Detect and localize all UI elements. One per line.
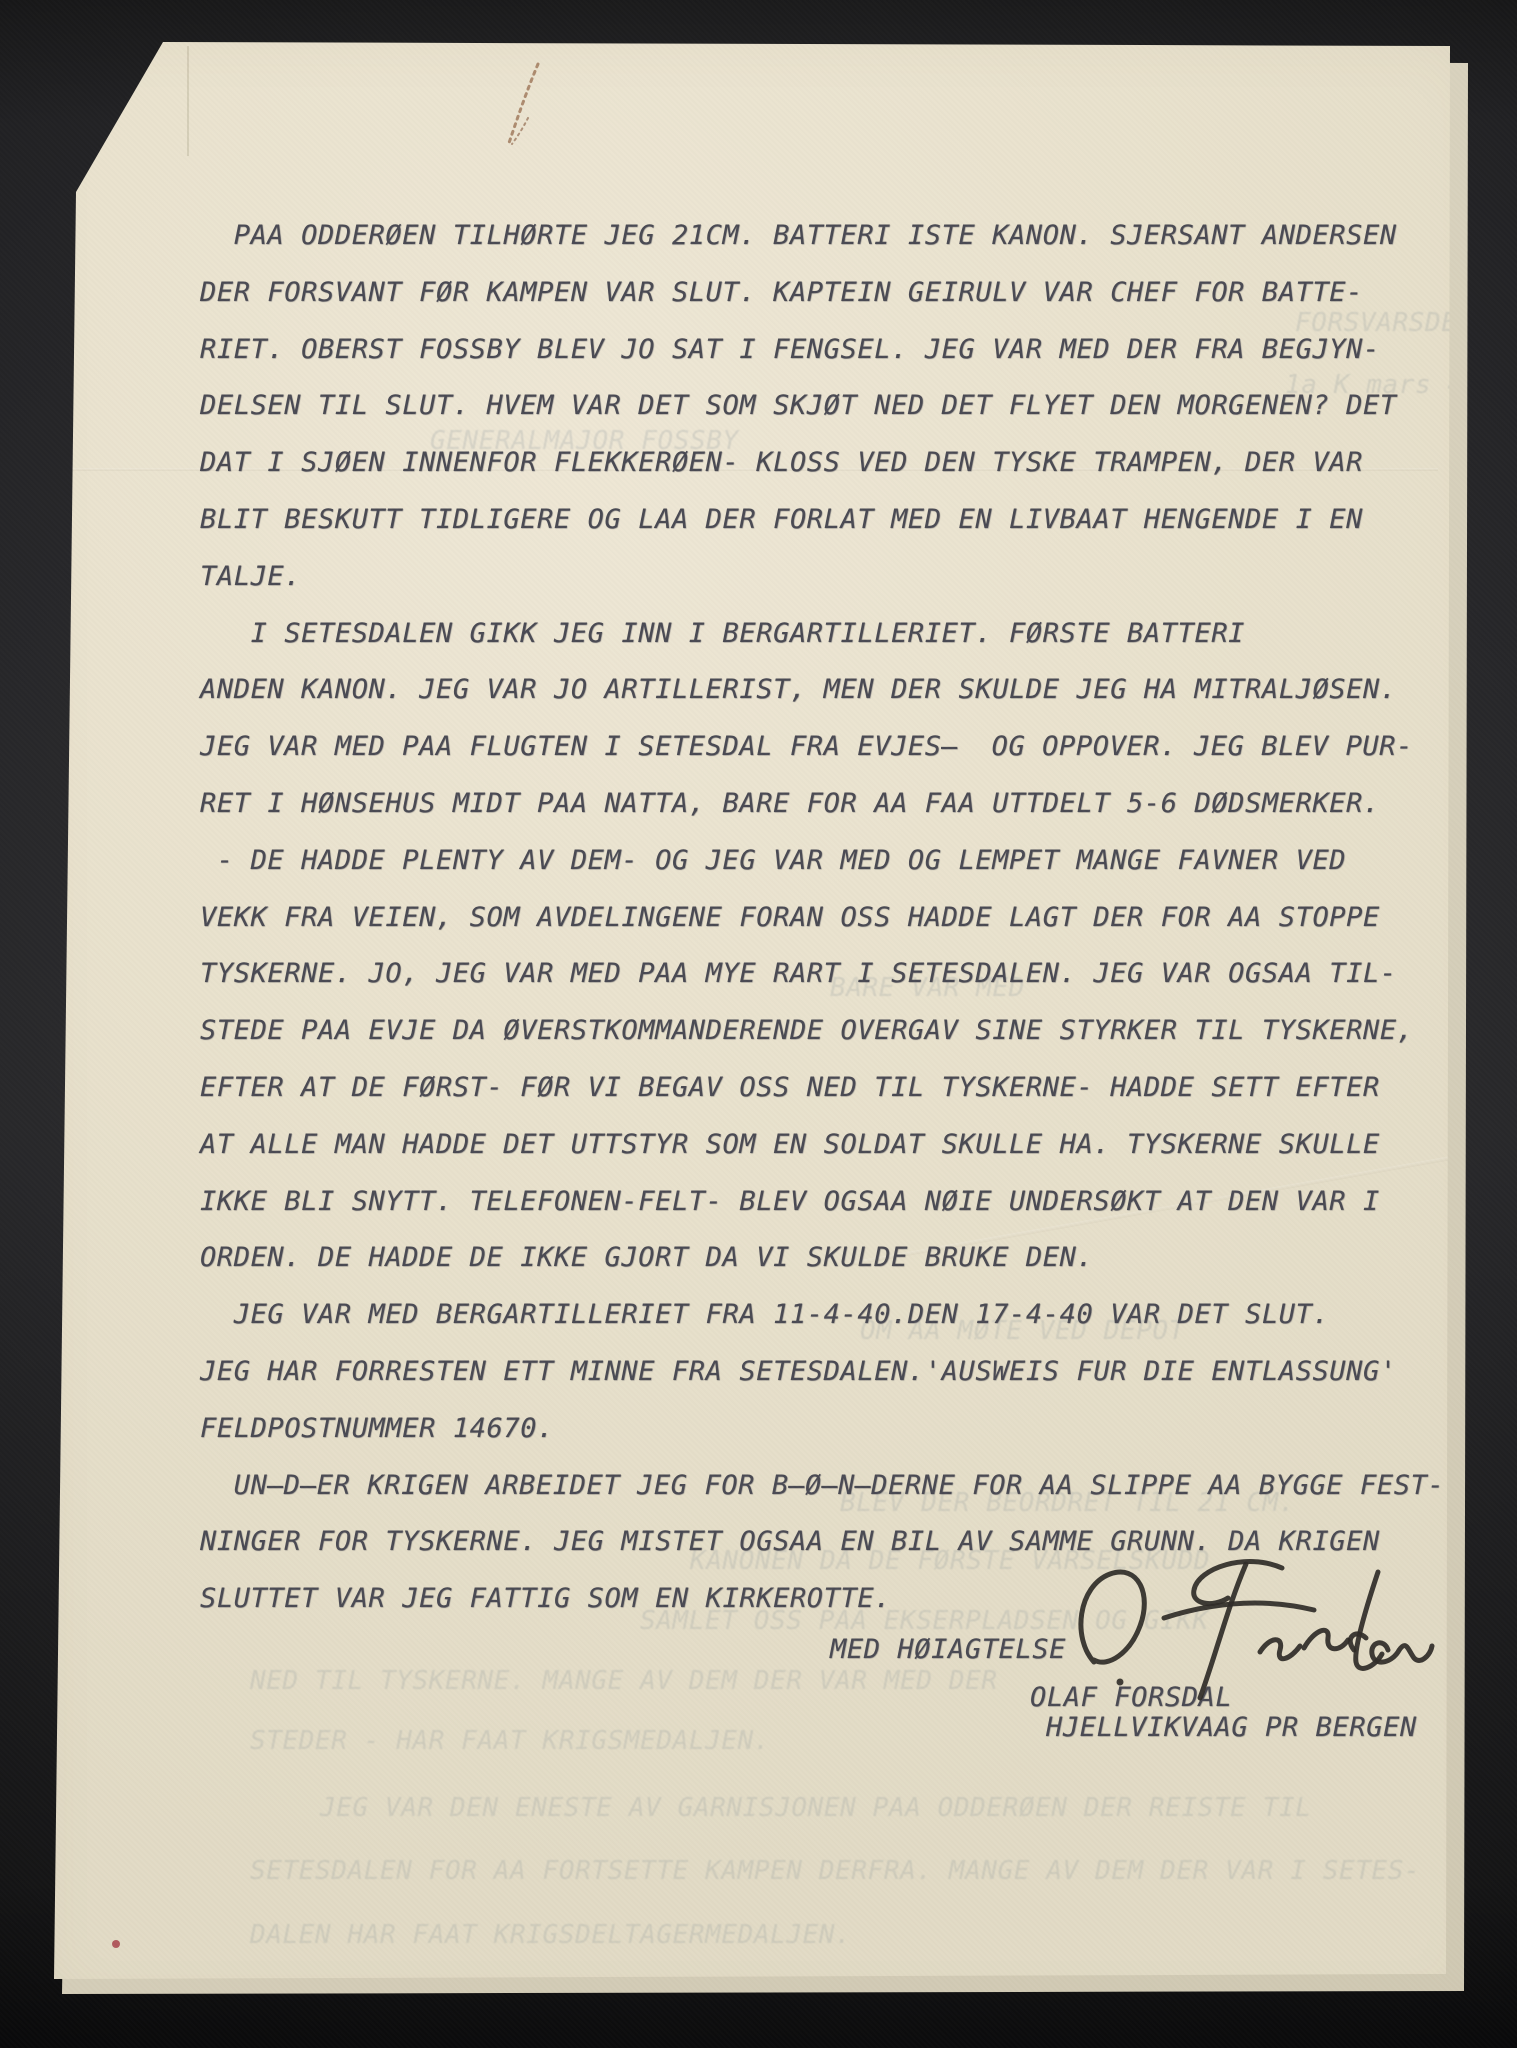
typed-line: STEDE PAA EVJE DA ØVERSTKOMMANDERENDE OV… xyxy=(200,1017,1414,1044)
typed-line: DAT I SJØEN INNENFOR FLEKKERØEN- KLOSS V… xyxy=(200,449,1363,476)
red-ink-dot xyxy=(112,1940,120,1948)
typed-line: IKKE BLI SNYTT. TELEFONEN-FELT- BLEV OGS… xyxy=(200,1188,1380,1215)
closing-salutation: MED HØIAGTELSE xyxy=(830,1636,1066,1663)
typed-line: BLIT BESKUTT TIDLIGERE OG LAA DER FORLAT… xyxy=(200,506,1363,533)
typed-line: JEG VAR MED BERGARTILLERIET FRA 11-4-40.… xyxy=(200,1301,1329,1328)
ghost-bleed-line: JEG VAR DEN ENESTE AV GARNISJONEN PAA OD… xyxy=(320,1795,1311,1821)
typed-line: ANDEN KANON. JEG VAR JO ARTILLERIST, MEN… xyxy=(200,676,1397,703)
typed-line: RIET. OBERST FOSSBY BLEV JO SAT I FENGSE… xyxy=(200,336,1380,363)
letter-paper: FORSVARSDEPETET1a K mars 40GENERALMAJOR … xyxy=(0,0,1517,2048)
typed-line: TYSKERNE. JO, JEG VAR MED PAA MYE RART I… xyxy=(200,960,1397,987)
ghost-bleed-line: DALEN HAR FAAT KRIGSDELTAGERMEDALJEN. xyxy=(250,1922,851,1948)
typed-line: DER FORSVANT FØR KAMPEN VAR SLUT. KAPTEI… xyxy=(200,279,1363,306)
typed-line: UN̶D̶ER KRIGEN ARBEIDET JEG FOR B̶Ø̶N̶DE… xyxy=(200,1472,1444,1499)
ghost-bleed-line: STEDER - HAR FAAT KRIGSMEDALJEN. xyxy=(250,1728,770,1754)
scratch-mark xyxy=(498,58,546,153)
typed-line: EFTER AT DE FØRST- FØR VI BEGAV OSS NED … xyxy=(200,1074,1380,1101)
typed-line: VEKK FRA VEIEN, SOM AVDELINGENE FORAN OS… xyxy=(200,904,1380,931)
ghost-bleed-line: FORSVARSDEPETET xyxy=(1295,310,1517,336)
ghost-bleed-line: SETESDALEN FOR AA FORTSETTE KAMPEN DERFR… xyxy=(250,1858,1420,1884)
typed-line: AT ALLE MAN HADDE DET UTTSTYR SOM EN SOL… xyxy=(200,1131,1380,1158)
signature-autograph xyxy=(1048,1552,1438,1717)
ghost-bleed-line: NED TIL TYSKERNE. MANGE AV DEM DER VAR M… xyxy=(250,1668,998,1694)
typed-line: RET I HØNSEHUS MIDT PAA NATTA, BARE FOR … xyxy=(200,790,1380,817)
typed-line: DELSEN TIL SLUT. HVEM VAR DET SOM SKJØT … xyxy=(200,392,1464,419)
typed-line: PAA ODDERØEN TILHØRTE JEG 21CM. BATTERI … xyxy=(200,222,1397,249)
typed-line: TALJE. xyxy=(200,563,301,590)
typed-line: JEG HAR FORRESTEN ETT MINNE FRA SETESDAL… xyxy=(200,1358,1397,1385)
signed-address: HJELLVIKVAAG PR BERGEN xyxy=(1046,1714,1417,1741)
typed-line: SLUTTET VAR JEG FATTIG SOM EN KIRKEROTTE… xyxy=(200,1585,891,1612)
typed-line: ORDEN. DE HADDE DE IKKE GJORT DA VI SKUL… xyxy=(200,1244,1093,1271)
typed-line: FELDPOSTNUMMER 14670. xyxy=(200,1415,554,1442)
vertical-crease xyxy=(187,46,189,156)
typed-line: I SETESDALEN GIKK JEG INN I BERGARTILLER… xyxy=(200,620,1245,647)
typed-line: JEG VAR MED PAA FLUGTEN I SETESDAL FRA E… xyxy=(200,733,1413,760)
photographed-document: FORSVARSDEPETET1a K mars 40GENERALMAJOR … xyxy=(0,0,1517,2048)
typed-line: - DE HADDE PLENTY AV DEM- OG JEG VAR MED… xyxy=(200,847,1346,874)
